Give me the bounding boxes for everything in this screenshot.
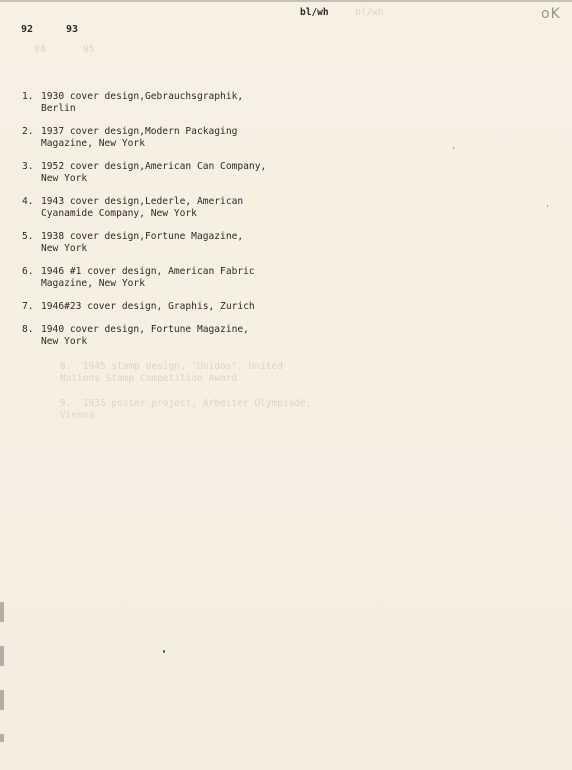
show-through-item-number: 9. xyxy=(60,398,71,409)
list-item-line: New York xyxy=(41,173,322,185)
list-item-line: New York xyxy=(41,243,322,255)
show-through-item: 9. 1935 poster project, Arbeiter Olympia… xyxy=(37,386,312,434)
ink-speck xyxy=(547,205,548,207)
list-item-number: 3. xyxy=(22,161,34,173)
list-item-line: 1952 cover design,American Can Company, xyxy=(41,161,322,173)
list-item-line: Berlin xyxy=(41,103,322,115)
list-item-number: 5. xyxy=(22,231,34,243)
color-code: bl/wh xyxy=(300,7,329,18)
list-item: 4.1943 cover design,Lederle, AmericanCya… xyxy=(22,196,322,220)
handwritten-ok-note: oK xyxy=(541,6,561,22)
list-item: 1.1930 cover design,Gebrauchsgraphik,Ber… xyxy=(22,91,322,115)
binding-holes xyxy=(0,602,4,742)
list-item: 3.1952 cover design,American Can Company… xyxy=(22,161,322,185)
list-item-line: 1930 cover design,Gebrauchsgraphik, xyxy=(41,91,322,103)
ink-speck xyxy=(453,147,454,149)
show-through-page-number: 95 xyxy=(83,44,94,56)
show-through-item-line: 1935 poster project, Arbeiter Olympiade, xyxy=(83,398,312,409)
list-item-line: New York xyxy=(41,336,322,348)
list-item: 2.1937 cover design,Modern PackagingMaga… xyxy=(22,126,322,150)
ink-speck xyxy=(163,650,165,653)
list-item-line: Magazine, New York xyxy=(41,138,322,150)
list-item-line: Cyanamide Company, New York xyxy=(41,208,322,220)
list-item-line: Magazine, New York xyxy=(41,278,322,290)
show-through-page-number: 94 xyxy=(34,44,45,56)
list-item-number: 1. xyxy=(22,91,34,103)
list-item-number: 6. xyxy=(22,266,34,278)
document-page: bl/wh 94 95 8. 1945 stamp design, "Unido… xyxy=(0,0,572,770)
list-item-line: 1937 cover design,Modern Packaging xyxy=(41,126,322,138)
list-item: 6.1946 #1 cover design, American FabricM… xyxy=(22,266,322,290)
list-item-line: 1943 cover design,Lederle, American xyxy=(41,196,322,208)
exhibit-list: 1.1930 cover design,Gebrauchsgraphik,Ber… xyxy=(22,91,322,359)
list-item: 7.1946#23 cover design, Graphis, Zurich xyxy=(22,301,322,313)
show-through-item-line: Nations Stamp Competition Award xyxy=(60,373,237,384)
show-through-item-line: Vienna xyxy=(60,410,94,421)
show-through-code: bl/wh xyxy=(355,7,384,19)
list-item-line: 1938 cover design,Fortune Magazine, xyxy=(41,231,322,243)
list-item-number: 7. xyxy=(22,301,34,313)
page-number-right: 93 xyxy=(66,24,78,35)
list-item-number: 2. xyxy=(22,126,34,138)
list-item-number: 8. xyxy=(22,324,34,336)
list-item-number: 4. xyxy=(22,196,34,208)
list-item: 8.1940 cover design, Fortune Magazine,Ne… xyxy=(22,324,322,348)
page-number-left: 92 xyxy=(21,24,33,35)
show-through-item-number: 8. xyxy=(60,361,71,372)
list-item: 5.1938 cover design,Fortune Magazine,New… xyxy=(22,231,322,255)
list-item-line: 1946#23 cover design, Graphis, Zurich xyxy=(41,301,322,313)
list-item-line: 1946 #1 cover design, American Fabric xyxy=(41,266,322,278)
show-through-item-line: 1945 stamp design, "Unidos", United xyxy=(83,361,283,372)
list-item-line: 1940 cover design, Fortune Magazine, xyxy=(41,324,322,336)
